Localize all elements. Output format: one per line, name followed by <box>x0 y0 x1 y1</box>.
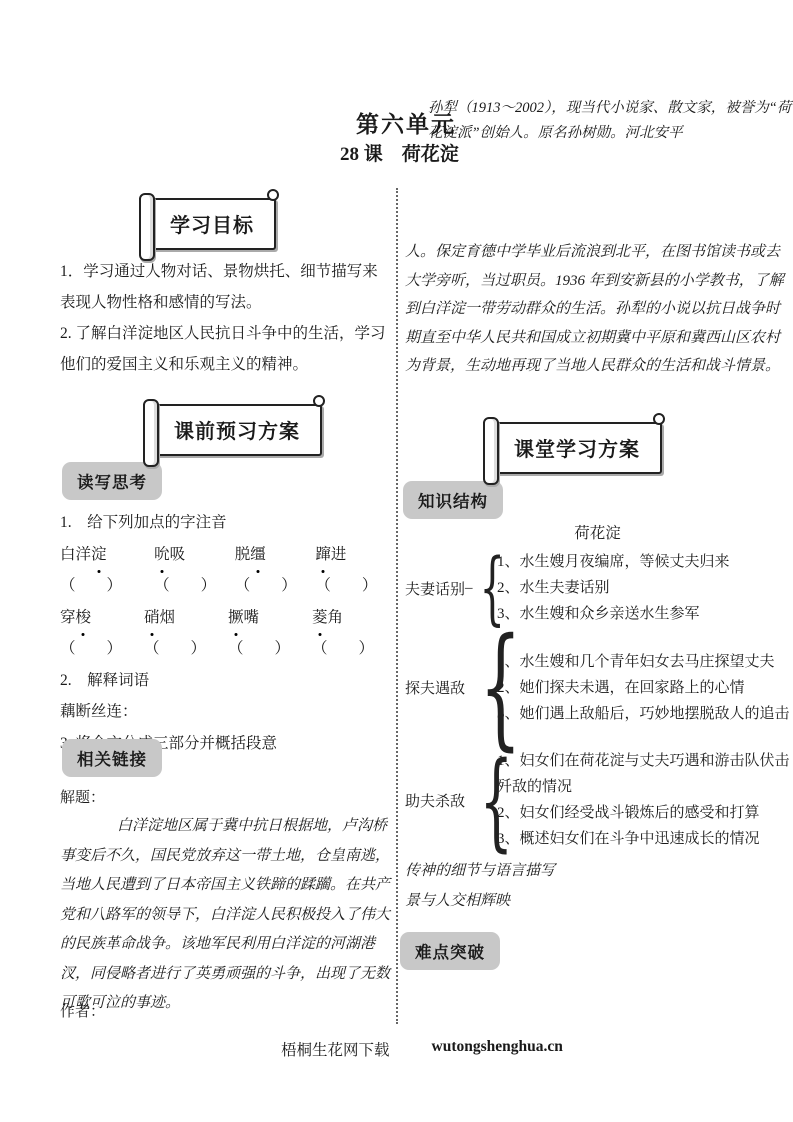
pinyin-item: 硝烟（ ） <box>144 602 228 665</box>
unit-title: 第六单元 <box>356 106 456 139</box>
pinyin-blank: （ ） <box>235 577 297 594</box>
author-intro-continued: 人。保定育德中学毕业后流浪到北平，在图书馆读书或去大学旁听，当过职员。1936 … <box>405 238 791 381</box>
learning-objectives: 1．学习通过人物对话、景物烘托、细节描写来表现人物性格和感情的写法。 2. 了解… <box>60 256 392 380</box>
structure-item: 3、概述妇女们在斗争中迅速成长的情况 <box>497 826 793 852</box>
structure-note: 传神的细节与语言描写 <box>405 856 555 886</box>
pinyin-item: 菱角（ ） <box>312 602 396 665</box>
structure-group-items: 1、水生嫂和几个青年妇女去马庄探望丈夫2、她们探夫未遇，在回家路上的心情3、她们… <box>497 649 793 727</box>
question-2-item: 藕断丝连： <box>60 696 396 728</box>
footer-site-url: wutongshenghua.cn <box>432 1038 563 1060</box>
structure-item: 3、她们遇上敌船后，巧妙地摆脱敌人的追击 <box>497 701 793 727</box>
structure-note: 景与人交相辉映 <box>405 886 555 916</box>
pinyin-blank: （ ） <box>60 640 122 657</box>
pinyin-blank: （ ） <box>228 640 290 657</box>
pinyin-blank: （ ） <box>154 577 216 594</box>
brace-icon: { <box>480 627 489 748</box>
jieti-label: 解题： <box>60 786 105 807</box>
structure-group-label: 夫妻话别 <box>405 578 469 599</box>
structure-item: 2、水生夫妻话别 <box>497 575 793 601</box>
pinyin-item: 撅嘴（ ） <box>228 602 312 665</box>
section-label-knowledge-structure: 知识结构 <box>403 481 503 519</box>
banner-pre-class: 课前预习方案 <box>152 404 322 456</box>
author-label: 作者： <box>60 1000 105 1021</box>
section-label-related-links: 相关链接 <box>62 739 162 777</box>
footer-site-name: 梧桐生花网下载 <box>281 1038 390 1060</box>
structure-item: 1、水生嫂和几个青年妇女去马庄探望丈夫 <box>497 649 793 675</box>
banner-study-goals-label: 学习目标 <box>148 198 276 250</box>
brace-icon: { <box>480 752 489 850</box>
structure-group: 夫妻话别 – { 1、水生嫂月夜编席，等候丈夫归来2、水生夫妻话别3、水生嫂和众… <box>405 549 793 627</box>
scroll-curl-icon <box>313 395 325 407</box>
scroll-curl-icon <box>653 413 665 425</box>
structure-item: 2、妇女们经受战斗锻炼后的感受和打算 <box>497 800 793 826</box>
worksheet-page: 第六单元 28 课 荷花淀 孙犁（1913～2002），现当代小说家、散文家，被… <box>0 0 793 1122</box>
pinyin-item: 白洋淀（ ） <box>60 539 154 602</box>
pinyin-item: 脱缰（ ） <box>235 539 316 602</box>
pinyin-blank: （ ） <box>312 640 374 657</box>
structure-group-items: 1、妇女们在荷花淀与丈夫巧遇和游击队伏击歼敌的情况2、妇女们经受战斗锻炼后的感受… <box>497 748 793 852</box>
section-label-difficulty-breakthrough: 难点突破 <box>400 932 500 970</box>
structure-group-label: 探夫遇敌 <box>405 677 469 698</box>
scroll-roll-icon <box>139 193 155 261</box>
banner-study-goals: 学习目标 <box>148 198 276 250</box>
banner-in-class: 课堂学习方案 <box>492 422 662 474</box>
question-1-title: 1. 给下列加点的字注音 <box>60 507 396 539</box>
knowledge-structure-diagram: 夫妻话别 – { 1、水生嫂月夜编席，等候丈夫归来2、水生夫妻话别3、水生嫂和众… <box>405 549 793 852</box>
structure-group-label: 助夫杀敌 <box>405 790 469 811</box>
pinyin-row: 穿梭（ ）硝烟（ ）撅嘴（ ）菱角（ ） <box>60 602 396 665</box>
structure-group: 助夫杀敌 { 1、妇女们在荷花淀与丈夫巧遇和游击队伏击歼敌的情况2、妇女们经受战… <box>405 748 793 852</box>
page-footer: 梧桐生花网下载 wutongshenghua.cn <box>281 1038 563 1060</box>
banner-pre-class-label: 课前预习方案 <box>152 404 322 456</box>
pinyin-row: 白洋淀（ ）吮吸（ ）脱缰（ ）蹿进（ ） <box>60 539 396 602</box>
pinyin-item: 穿梭（ ） <box>60 602 144 665</box>
banner-in-class-label: 课堂学习方案 <box>492 422 662 474</box>
objective-item: 2. 了解白洋淀地区人民抗日斗争中的生活，学习他们的爱国主义和乐观主义的精神。 <box>60 318 392 380</box>
scroll-roll-icon <box>143 399 159 467</box>
scroll-curl-icon <box>267 189 279 201</box>
structure-item: 2、她们探夫未遇，在回家路上的心情 <box>497 675 793 701</box>
structure-group: 探夫遇敌 { 1、水生嫂和几个青年妇女去马庄探望丈夫2、她们探夫未遇，在回家路上… <box>405 627 793 748</box>
question-2-title: 2. 解释词语 <box>60 665 396 697</box>
exercise-block: 1. 给下列加点的字注音 白洋淀（ ）吮吸（ ）脱缰（ ）蹿进（ ） 穿梭（ ）… <box>60 507 396 759</box>
structure-item: 3、水生嫂和众乡亲送水生参军 <box>497 601 793 627</box>
objective-item: 1．学习通过人物对话、景物烘托、细节描写来表现人物性格和感情的写法。 <box>60 256 392 318</box>
background-paragraph: 白洋淀地区属于冀中抗日根据地，卢沟桥事变后不久，国民党放弃这一带土地，仓皇南逃，… <box>60 812 393 1019</box>
structure-title: 荷花淀 <box>405 521 790 543</box>
lesson-title: 28 课 荷花淀 <box>340 139 459 166</box>
structure-item: 1、妇女们在荷花淀与丈夫巧遇和游击队伏击歼敌的情况 <box>497 748 793 800</box>
pinyin-blank: （ ） <box>60 577 122 594</box>
pinyin-item: 蹿进（ ） <box>315 539 396 602</box>
structure-item: 1、水生嫂月夜编席，等候丈夫归来 <box>497 549 793 575</box>
author-intro-top: 孙犁（1913～2002），现当代小说家、散文家，被誉为“荷花淀派”创始人。原名… <box>428 96 792 146</box>
scroll-roll-icon <box>483 417 499 485</box>
pinyin-blank: （ ） <box>144 640 206 657</box>
column-divider <box>396 188 398 1024</box>
connector-dash: – <box>465 580 475 597</box>
pinyin-blank: （ ） <box>315 577 377 594</box>
structure-group-items: 1、水生嫂月夜编席，等候丈夫归来2、水生夫妻话别3、水生嫂和众乡亲送水生参军 <box>497 549 793 627</box>
section-label-reading-thinking: 读写思考 <box>62 462 162 500</box>
structure-notes: 传神的细节与语言描写 景与人交相辉映 <box>405 856 555 916</box>
pinyin-item: 吮吸（ ） <box>154 539 235 602</box>
